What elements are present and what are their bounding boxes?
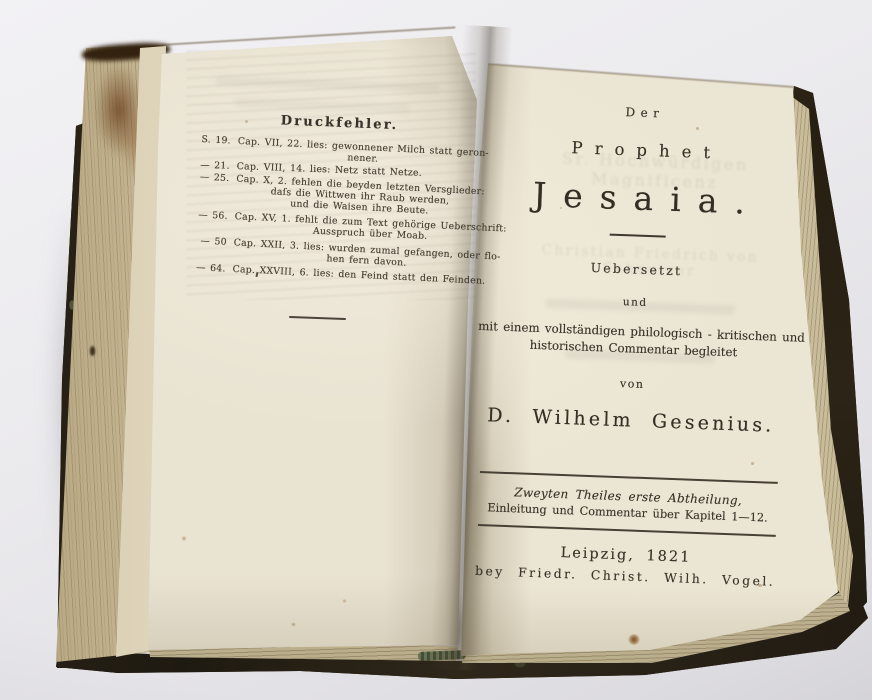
foxing-spot bbox=[751, 462, 754, 465]
title-word-der: Der bbox=[486, 100, 798, 125]
book-photo: Sr. Hochwürdigen Magnificenz Christian F… bbox=[0, 0, 872, 700]
title-word-prophet: Prophet bbox=[485, 135, 797, 165]
title-page-block: Der Prophet Jesaia. Uebersetzt und mit e… bbox=[469, 88, 799, 589]
errata-page-ref: — 56. bbox=[191, 211, 235, 235]
by-label: von bbox=[476, 372, 788, 396]
fore-edge-fleck bbox=[90, 346, 95, 356]
author-name: D. Wilhelm Gesenius. bbox=[475, 404, 788, 437]
foxing-spot bbox=[342, 599, 347, 603]
errata-page-ref: — 25. bbox=[192, 172, 237, 207]
foxing-spot bbox=[181, 536, 187, 541]
foxing-spot bbox=[291, 622, 296, 627]
errata-block: Druckfehler. S. 19. Cap. VII, 22. lies: … bbox=[189, 110, 479, 286]
title-short-rule bbox=[610, 234, 666, 238]
series-rule-top bbox=[480, 471, 778, 484]
errata-page-ref: — 50 bbox=[190, 236, 234, 260]
title-word-jesaia: Jesaia. bbox=[482, 173, 795, 223]
foxing-spot bbox=[560, 207, 562, 209]
foxing-spot bbox=[758, 584, 762, 587]
and-label: und bbox=[479, 291, 791, 314]
series-rule-bottom bbox=[478, 524, 776, 537]
foxing-spot bbox=[696, 127, 699, 130]
translated-label: Uebersetzt bbox=[480, 256, 792, 282]
subtitle: mit einem vollständigen philologisch - k… bbox=[477, 318, 790, 362]
foxing-spot bbox=[628, 634, 640, 645]
foxing-spot bbox=[245, 120, 248, 123]
errata-page-ref: S. 19. bbox=[194, 135, 238, 159]
errata-page-ref: — 64. bbox=[189, 263, 232, 276]
